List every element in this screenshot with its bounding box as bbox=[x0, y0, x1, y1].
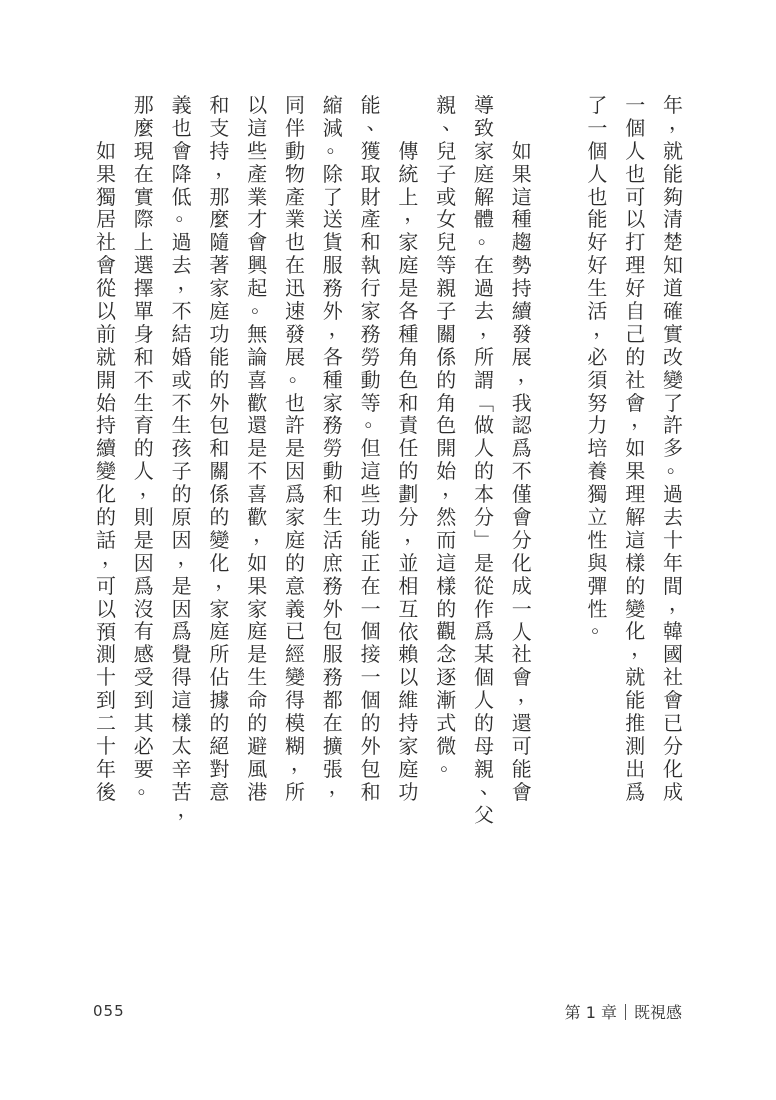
running-head-divider bbox=[625, 1004, 626, 1020]
chapter-label: 第 1 章 bbox=[565, 1000, 617, 1023]
text-column: 了一個人也能好好生活，必須努力培養獨立性與彈性。 bbox=[585, 94, 609, 643]
text-column: 同伴動物產業也在迅速發展。也許是因爲家庭的意義已經變得模糊，所 bbox=[283, 94, 307, 804]
page-footer: 055 第 1 章 既視感 bbox=[0, 1000, 776, 1030]
text-column: 縮減。除了送貨服務外，各種家務勞動和生活庶務外包服務都在擴張， bbox=[321, 94, 345, 804]
running-head: 第 1 章 既視感 bbox=[565, 1000, 682, 1023]
text-column: 和支持，那麼隨著家庭功能的外包和關係的變化，家庭所佔據的絕對意 bbox=[207, 94, 231, 804]
text-column: 年，就能夠清楚知道確實改變了許多。過去十年間，韓國社會已分化成 bbox=[661, 94, 685, 804]
page-number: 055 bbox=[93, 1002, 125, 1020]
text-column: 如果這種趨勢持續發展，我認爲不僅會分化成一人社會，還可能會 bbox=[510, 140, 534, 804]
text-column: 那麼現在實際上選擇單身和不生育的人，則是因爲沒有感受到其必要。 bbox=[132, 94, 156, 804]
chapter-title: 既視感 bbox=[634, 1000, 682, 1023]
text-column: 傳統上，家庭是各種角色和責任的劃分，並相互依賴以維持家庭功 bbox=[396, 140, 420, 804]
text-column: 導致家庭解體。在過去，所謂﹁做人的本分﹂是從作爲某個人的母親、父 bbox=[472, 94, 496, 827]
text-column: 如果獨居社會從以前就開始持續變化的話，可以預測十到二十年後 bbox=[94, 140, 118, 804]
vertical-body-text: 年，就能夠清楚知道確實改變了許多。過去十年間，韓國社會已分化成一個人也可以打理好… bbox=[0, 94, 776, 794]
text-column: 一個人也可以打理好自己的社會，如果理解這樣的變化，就能推測出爲 bbox=[623, 94, 647, 804]
text-column: 以這些產業才會興起。無論喜歡還是不喜歡，如果家庭是生命的避風港 bbox=[245, 94, 269, 804]
book-page: 年，就能夠清楚知道確實改變了許多。過去十年間，韓國社會已分化成一個人也可以打理好… bbox=[0, 0, 776, 1100]
text-column: 能、獲取財產和執行家務勞動等。但這些功能正在一個接一個的外包和 bbox=[359, 94, 383, 804]
text-column: 義也會降低。過去，不結婚或不生孩子的原因，是因爲覺得這樣太辛苦， bbox=[170, 94, 194, 827]
text-column: 親、兒子或女兒等親子關係的角色開始，然而這樣的觀念逐漸式微。 bbox=[434, 94, 458, 781]
